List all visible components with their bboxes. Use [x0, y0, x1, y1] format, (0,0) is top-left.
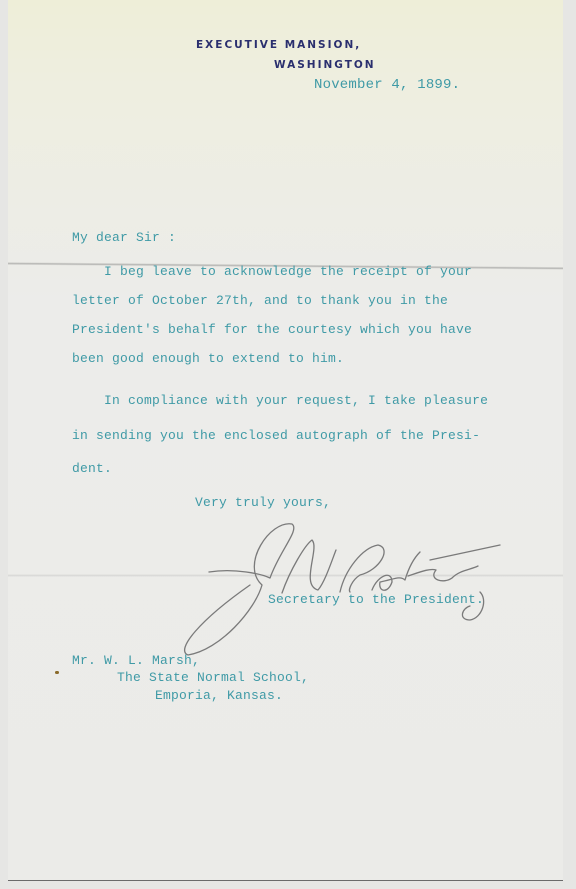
recipient-location: Emporia, Kansas. — [155, 688, 283, 703]
recipient-organization: The State Normal School, — [117, 670, 309, 685]
paper-stain — [55, 671, 59, 674]
handwritten-signature — [0, 0, 576, 889]
recipient-name: Mr. W. L. Marsh, — [72, 653, 200, 668]
signature-title: Secretary to the President. — [268, 592, 484, 607]
